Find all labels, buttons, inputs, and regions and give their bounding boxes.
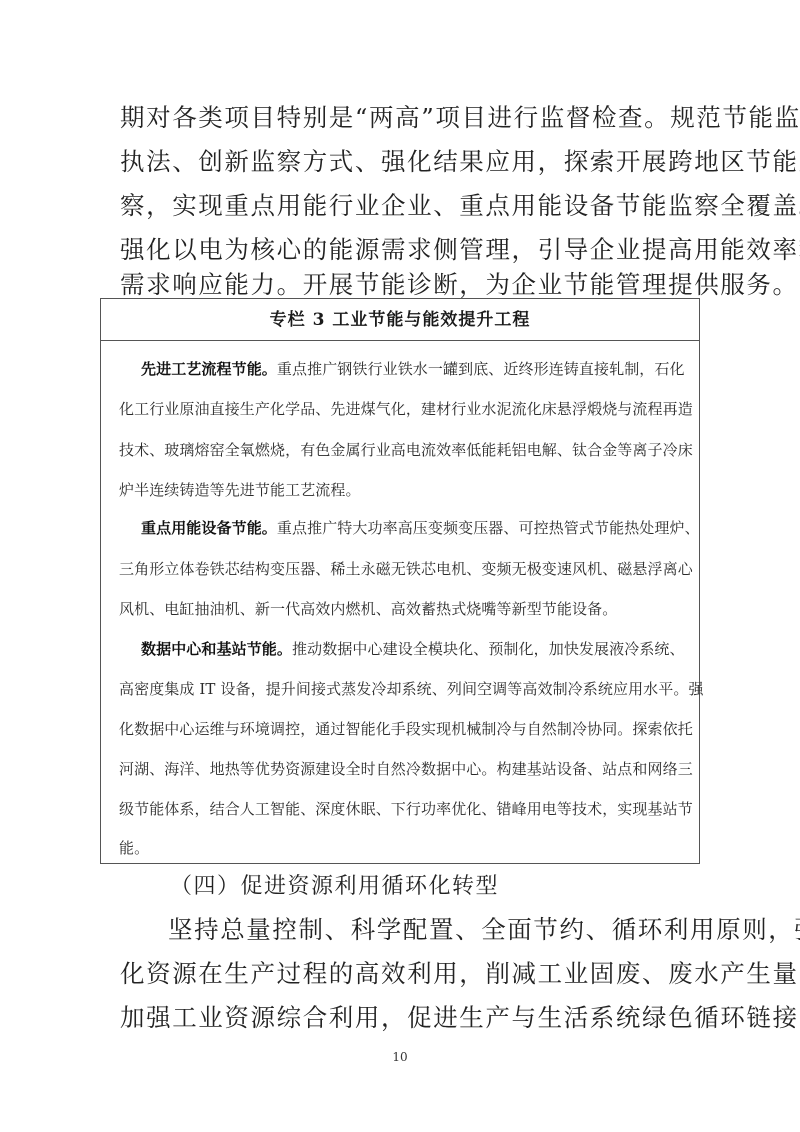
box-title: 专栏 3 工业节能与能效提升工程 (101, 299, 699, 341)
paragraph-line: 执法、创新监察方式、强化结果应用，探索开展跨地区节能监 (120, 147, 700, 177)
document-page: 期对各类项目特别是“两高”项目进行监督检查。规范节能监察 执法、创新监察方式、强… (0, 0, 800, 1132)
box-line: 风机、电缸抽油机、新一代高效内燃机、高效蓄热式烧嘴等新型节能设备。 (119, 599, 685, 619)
box-text: 推动数据中心建设全模块化、预制化，加快发展液冷系统、 (292, 640, 685, 658)
box-text: 重点推广特大功率高压变频变压器、可控热管式节能热处理炉、 (277, 519, 700, 537)
feature-box: 专栏 3 工业节能与能效提升工程 先进工艺流程节能。重点推广钢铁行业铁水一罐到底… (100, 298, 700, 864)
box-section-heading: 重点用能设备节能。 (141, 519, 277, 537)
box-line: 级节能体系，结合人工智能、深度休眠、下行功率优化、错峰用电等技术，实现基站节 (119, 799, 685, 819)
paragraph-line: 坚持总量控制、科学配置、全面节约、循环利用原则，强 (120, 915, 700, 945)
paragraph-line: 加强工业资源综合利用，促进生产与生活系统绿色循环链接， (120, 1003, 700, 1033)
box-section-heading: 数据中心和基站节能。 (141, 640, 292, 658)
paragraph-line: 需求响应能力。开展节能诊断，为企业节能管理提供服务。 (120, 270, 700, 300)
box-section-first-line: 先进工艺流程节能。重点推广钢铁行业铁水一罐到底、近终形连铸直接轧制，石化 (119, 359, 707, 379)
page-number: 10 (0, 1050, 800, 1064)
box-line: 高密度集成 IT 设备，提升间接式蒸发冷却系统、列间空调等高效制冷系统应用水平。… (119, 679, 685, 699)
paragraph-line: 期对各类项目特别是“两高”项目进行监督检查。规范节能监察 (120, 103, 700, 133)
box-line: 河湖、海洋、地热等优势资源建设全时自然冷数据中心。构建基站设备、站点和网络三 (119, 759, 685, 779)
paragraph-line: 察，实现重点用能行业企业、重点用能设备节能监察全覆盖。 (120, 191, 700, 221)
section-heading: （四）促进资源利用循环化转型 (170, 872, 499, 902)
box-line: 三角形立体卷铁芯结构变压器、稀土永磁无铁芯电机、变频无极变速风机、磁悬浮离心 (119, 559, 685, 579)
box-line: 炉半连续铸造等先进节能工艺流程。 (119, 480, 685, 500)
paragraph-line: 化资源在生产过程的高效利用，削减工业固废、废水产生量， (120, 959, 700, 989)
box-line: 能。 (119, 838, 685, 858)
box-section-heading: 先进工艺流程节能。 (141, 360, 277, 378)
box-section-first-line: 重点用能设备节能。重点推广特大功率高压变频变压器、可控热管式节能热处理炉、 (119, 518, 707, 538)
box-section-first-line: 数据中心和基站节能。推动数据中心建设全模块化、预制化，加快发展液冷系统、 (119, 639, 707, 659)
paragraph-line: 强化以电为核心的能源需求侧管理，引导企业提高用能效率和 (120, 235, 700, 265)
box-line: 化数据中心运维与环境调控，通过智能化手段实现机械制冷与自然制冷协同。探索依托 (119, 719, 685, 739)
box-line: 化工行业原油直接生产化学品、先进煤气化，建材行业水泥流化床悬浮煅烧与流程再造 (119, 399, 685, 419)
box-line: 技术、玻璃熔窑全氧燃烧，有色金属行业高电流效率低能耗铝电解、钛合金等离子冷床 (119, 440, 685, 460)
box-text: 重点推广钢铁行业铁水一罐到底、近终形连铸直接轧制，石化 (277, 360, 685, 378)
